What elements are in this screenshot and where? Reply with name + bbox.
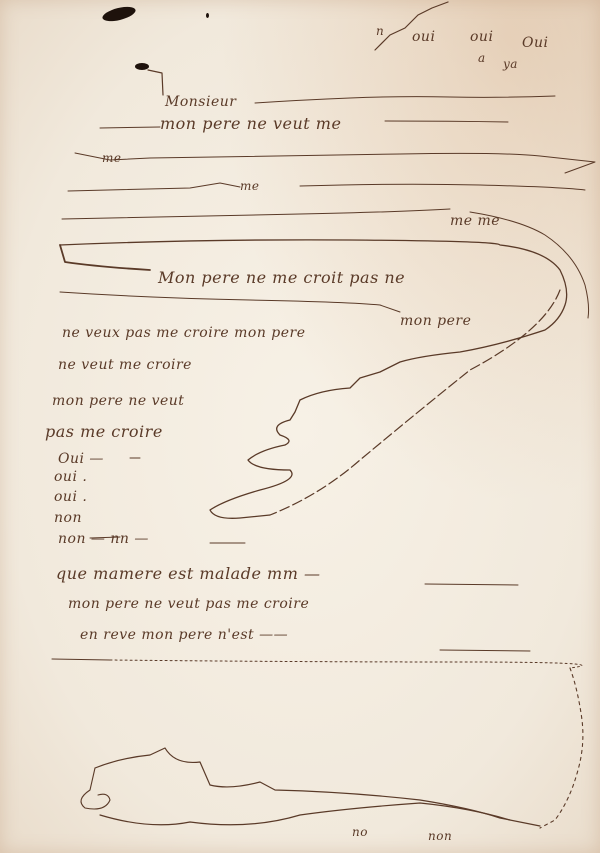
line-que-mamere-est-malade: que mamere est malade mm —	[56, 566, 320, 582]
line-oui-3: oui .	[54, 490, 87, 504]
line-non: non	[54, 511, 82, 525]
line-mon-pere-a: mon pere	[400, 314, 471, 328]
line-mon-pere-ne-me-croit: Mon pere ne me croit pas ne	[158, 270, 405, 286]
line-me-1: me	[102, 152, 121, 164]
note-oui-2: oui	[470, 30, 493, 44]
line-me-2: me	[240, 180, 259, 192]
note-ya: ya	[503, 58, 518, 70]
manuscript-page: n oui oui Oui a ya Monsieur mon pere ne …	[0, 0, 600, 853]
note-oui-3: Oui	[522, 36, 548, 50]
line-non-nn: non — nn —	[58, 532, 149, 546]
line-no-bottom: no	[352, 826, 368, 838]
line-me-me: me me	[450, 214, 500, 228]
line-mon-pere-ne-veut-me: mon pere ne veut me	[160, 116, 341, 132]
note-a: a	[478, 52, 486, 64]
note-n: n	[376, 25, 384, 37]
line-mon-pere-ne-veut-pas-me-croire: mon pere ne veut pas me croire	[68, 597, 309, 611]
line-mon-pere-ne-veut: mon pere ne veut	[52, 394, 184, 408]
note-oui-1: oui	[412, 30, 435, 44]
line-pas-me-croire: pas me croire	[45, 424, 163, 440]
line-oui-2: oui .	[54, 470, 87, 484]
line-monsieur: Monsieur	[165, 95, 236, 109]
line-oui-1: Oui —	[58, 452, 104, 466]
line-ne-veux-pas-me-croire: ne veux pas me croire mon pere	[62, 326, 306, 340]
line-non-bottom: non	[428, 830, 452, 842]
line-en-reve: en reve mon pere n'est ——	[80, 628, 288, 642]
line-ne-veut-me-croire: ne veut me croire	[58, 358, 192, 372]
